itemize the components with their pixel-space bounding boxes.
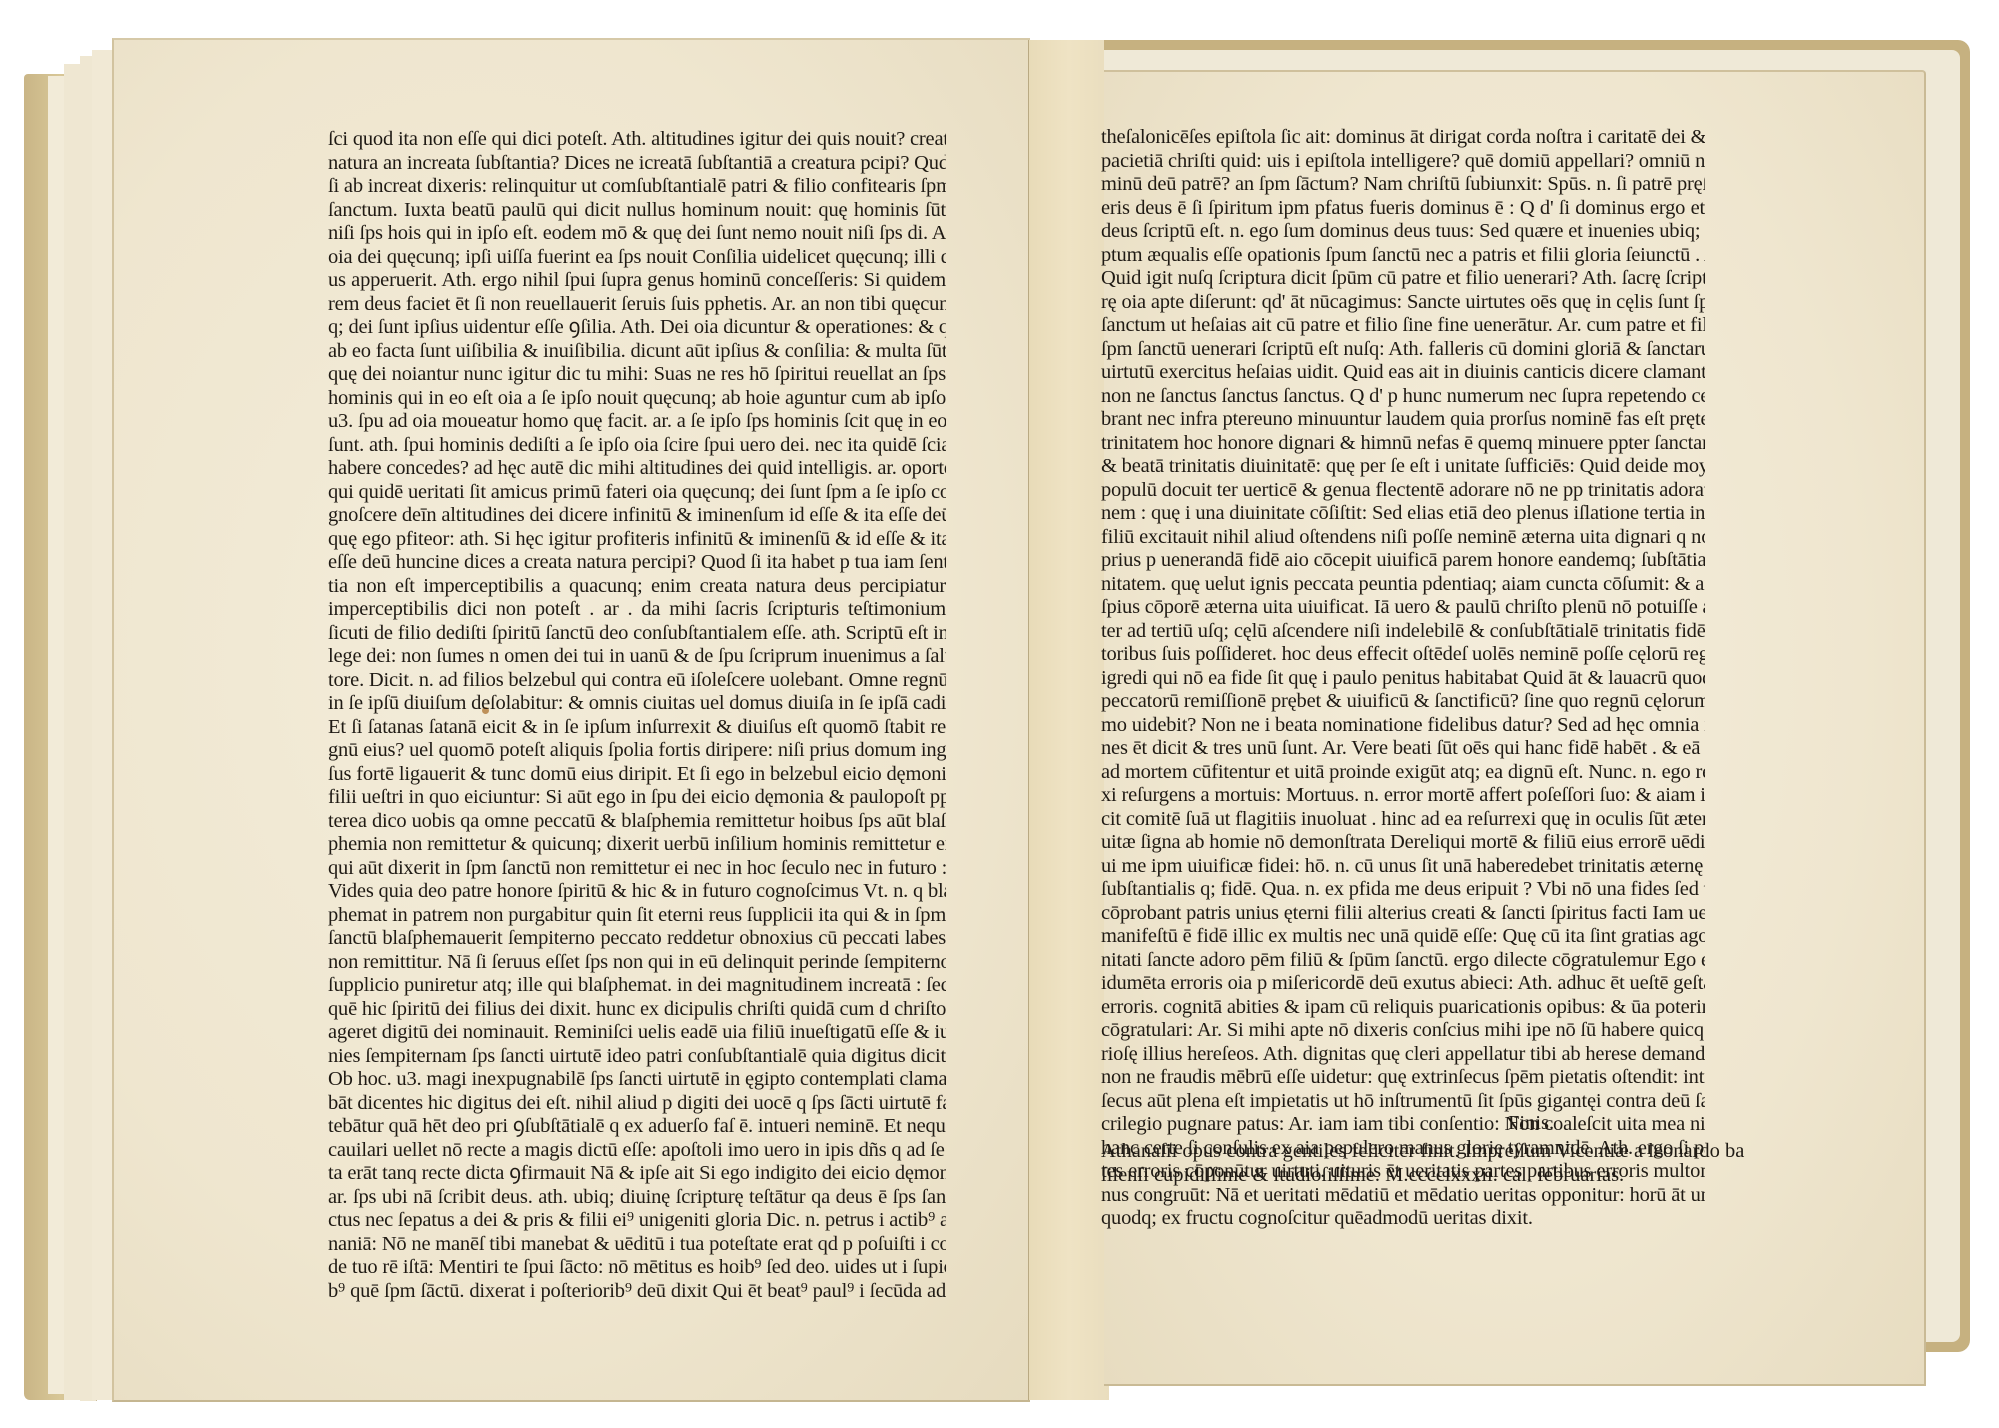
text-line: nus congruūt: Nā et ueritati mēdatiū et … (1101, 1184, 1705, 1208)
text-line: peccatorū remiſſionē prębet & uiuificū &… (1101, 690, 1705, 714)
text-line: & beatā trinitatis diuinitatē: quę per ſ… (1101, 455, 1705, 479)
text-line: uitæ ſigna ab homie nō demonſtrata Derel… (1101, 831, 1705, 855)
text-line: cit comitē ſuā ut flagitiis inuoluat . h… (1101, 808, 1705, 832)
text-line: theſalonicēſes epiſtola ſic ait: dominus… (1101, 126, 1705, 150)
text-line: ſecus aūt plena eſt impietatis ut hō inſ… (1101, 1090, 1705, 1114)
text-line: in ſe ipſū diuiſum deſolabitur: & omnis … (328, 692, 946, 716)
text-line: tore. Dicit. n. ad filios belzebul qui c… (328, 669, 946, 693)
text-line: oia dei quęcunq; ipſi uiſſa fuerint ea ſ… (328, 246, 946, 270)
text-line: naniā: Nō ne manēſ tibi manebat & uēditū… (328, 1233, 946, 1257)
text-line: uirtutū exercitus heſaias uidit. Quid ea… (1101, 361, 1705, 385)
text-line: cauilari uellet nō recte a magis dictū e… (328, 1139, 946, 1163)
text-line: ſupplicio puniretur atq; ille qui blaſph… (328, 974, 946, 998)
text-line: ptum æqualis eſſe opationis ſpum ſanctū … (1101, 244, 1705, 268)
text-line: mo uidebit? Non ne i beata nominatione f… (1101, 714, 1705, 738)
text-line: nies ſempiternam ſps ſancti uirtutē ideo… (328, 1045, 946, 1069)
text-line: filiū excitauit nihil aliud oſtendens ni… (1101, 526, 1705, 550)
text-line: nitati ſancte adoro pēm filiū & ſpūm ſan… (1101, 949, 1705, 973)
text-line: phemat in patrem non purgabitur quin ſit… (328, 904, 946, 928)
text-line: cōprobant patris unius ęterni filii alte… (1101, 902, 1705, 926)
text-line: terea dico uobis qa omne peccatū & blaſp… (328, 810, 946, 834)
text-line: idumēta erroris oia p miſericordē deū ex… (1101, 972, 1705, 996)
text-line: ſpius cōporē æterna uita uiuificat. Iā u… (1101, 596, 1705, 620)
colophon: Athanaſii opus contra gentiles feliciter… (1101, 1140, 1705, 1187)
text-line: qui aūt dixerit in ſpm ſanctū non remitt… (328, 857, 946, 881)
text-line: ſus fortē ligauerit & tunc domū eius dir… (328, 763, 946, 787)
finis-mark: Finis. (1508, 1112, 1554, 1135)
text-line: Quid igit nuſq ſcriptura dicit ſpūm cū p… (1101, 267, 1705, 291)
text-line: nes ēt dicit & tres unū ſunt. Ar. Vere b… (1101, 737, 1705, 761)
text-line: rem deus faciet ēt ſi non reuellauerit ſ… (328, 293, 946, 317)
text-line: q; dei ſunt ipſius uidentur eſſe ꝯſilia.… (328, 316, 946, 340)
text-line: ſci quod ita non eſſe qui dici poteſt. A… (328, 128, 946, 152)
gutter-guard-strip (1028, 40, 1109, 1400)
text-line: non remittitur. Nā ſi ſeruus eſſet ſps n… (328, 951, 946, 975)
text-line: erroris. cognitā abities & ipam cū reliq… (1101, 996, 1705, 1020)
text-line: ar. ſps ubi nā ſcribit deus. ath. ubiq; … (328, 1186, 946, 1210)
text-line: gnoſcere deīn altitudines dei dicere inf… (328, 504, 946, 528)
text-line: rę oia apte diſerunt: qd' āt nūcagimus: … (1101, 291, 1705, 315)
text-line: de tuo rē iſtā: Mentiri te ſpui ſācto: n… (328, 1256, 946, 1280)
text-line: ad mortem cūfitentur et uitā proinde exi… (1101, 761, 1705, 785)
text-line: minū deū patrē? an ſpm ſāctum? Nam chriſ… (1101, 173, 1705, 197)
text-line: ſubſtantialis q; fidē. Qua. n. ex pfida … (1101, 878, 1705, 902)
text-line: ſanctum. Iuxta beatū paulū qui dicit nul… (328, 199, 946, 223)
text-line: ſunt. ath. ſpui hominis dediſti a ſe ipſ… (328, 434, 946, 458)
text-line: hominis qui in eo eſt oia a ſe ipſo noui… (328, 387, 946, 411)
text-line: us apperuerit. Ath. ergo nihil ſpui ſupr… (328, 269, 946, 293)
text-line: non ne fraudis mēbrū eſſe uidetur: quę e… (1101, 1066, 1705, 1090)
right-page-text: theſalonicēſes epiſtola ſic ait: dominus… (1101, 126, 1705, 1231)
text-line: rioſę illius hereſeos. Ath. dignitas quę… (1101, 1043, 1705, 1067)
text-line: imperceptibilis dici non poteſt . ar . d… (328, 598, 946, 622)
text-line: pacietiā chriſti quid: uis i epiſtola in… (1101, 150, 1705, 174)
text-line: nem : quę i una diuinitate cōſiſtit: Sed… (1101, 502, 1705, 526)
text-line: deus ſcriptū eſt. n. ego ſum dominus deu… (1101, 220, 1705, 244)
text-line: tia non eſt imperceptibilis a quacunq; e… (328, 575, 946, 599)
text-line: ſi ab increat dixeris: relinquitur ut co… (328, 175, 946, 199)
text-line: habere concedes? ad hęc autē dic mihi al… (328, 457, 946, 481)
text-line: quē hic ſpiritū dei filius dei dixit. hu… (328, 998, 946, 1022)
text-line: bāt dicentes hic digitus dei eſt. nihil … (328, 1092, 946, 1116)
text-line: ſanctū blaſphemauerit ſempiterno peccato… (328, 927, 946, 951)
colophon-line: ſilenſi cupidiſſime & ſtudioſiſſime. M.c… (1101, 1164, 1705, 1188)
text-line: crilegio pugnare patus: Ar. iam iam tibi… (1101, 1113, 1705, 1137)
text-line: natura an increata ſubſtantia? Dices ne … (328, 152, 946, 176)
text-line: niſi ſps hois qui in ipſo eſt. eodem mō … (328, 222, 946, 246)
text-line: igredi qui nō ea fide ſit quę i paulo pe… (1101, 667, 1705, 691)
text-line: ſicuti de filio dediſti ſpiritū ſanctū d… (328, 622, 946, 646)
text-line: quodq; ex fructu cognoſcitur quēadmodū u… (1101, 1207, 1705, 1231)
text-line: gnū eius? uel quomō poteſt aliquis ſpoli… (328, 739, 946, 763)
text-line: xi reſurgens a mortuis: Mortuus. n. erro… (1101, 784, 1705, 808)
text-line: toribus ſuis poſſideret. hoc deus effeci… (1101, 643, 1705, 667)
text-line: Vides quia deo patre honore ſpiritū & hi… (328, 880, 946, 904)
text-line: eſſe deū huncine dices a creata natura p… (328, 551, 946, 575)
text-line: ter ad tertiū uſq; cęlū aſcendere niſi i… (1101, 620, 1705, 644)
text-line: prius p uenerandā fidē aio cōcepit uiuif… (1101, 549, 1705, 573)
text-line: ſanctum ut heſaias ait cū patre et filio… (1101, 314, 1705, 338)
text-line: quę dei noiantur nunc igitur dic tu mihi… (328, 363, 946, 387)
text-line: quę ego pfiteor: ath. Si hęc igitur prof… (328, 528, 946, 552)
text-line: trinitatem hoc honore dignari & himnū ne… (1101, 432, 1705, 456)
text-line: nitatem. quę uelut ignis peccata peuntia… (1101, 573, 1705, 597)
text-line: ta erāt tanq recte dicta ꝯfirmauit Nā & … (328, 1162, 946, 1186)
text-line: ab eo facta ſunt uiſibilia & inuiſibilia… (328, 340, 946, 364)
left-page-text: ſci quod ita non eſſe qui dici poteſt. A… (328, 128, 946, 1303)
text-line: populū docuit ter uerticē & genua flecte… (1101, 479, 1705, 503)
text-line: cōgratulari: Ar. Si mihi apte nō dixeris… (1101, 1019, 1705, 1043)
text-line: ctus nec ſepatus a dei & pris & filii ei… (328, 1209, 946, 1233)
text-line: non ne ſanctus ſanctus ſanctus. Q d' p h… (1101, 385, 1705, 409)
text-line: filii ueſtri in quo eiciuntur: Si aūt eg… (328, 786, 946, 810)
colophon-line: Athanaſii opus contra gentiles feliciter… (1101, 1140, 1705, 1164)
text-line: tebātur quā hēt deo pri ꝯſubſtātialē q e… (328, 1115, 946, 1139)
text-line: lege dei: non ſumes n omen dei tui in ua… (328, 645, 946, 669)
text-line: ui me ipm uiuificæ fidei: hō. n. cū unus… (1101, 855, 1705, 879)
text-line: ageret digitū dei nominauit. Reminiſci u… (328, 1021, 946, 1045)
text-line: b⁹ quē ſpm ſāctū. dixerat i poſteriorib⁹… (328, 1280, 946, 1304)
text-line: Et ſi ſatanas ſatanā eicit & in ſe ipſum… (328, 716, 946, 740)
text-line: eris deus ē ſi ſpiritum ipm pfatus fueri… (1101, 197, 1705, 221)
text-line: brant nec infra ptereuno minuuntur laude… (1101, 408, 1705, 432)
text-line: manifeſtū ē fidē illic ex multis nec unā… (1101, 925, 1705, 949)
text-line: qui quidē ueritati ſit amicus primū fate… (328, 481, 946, 505)
text-line: Ob hoc. u3. magi inexpugnabilē ſps ſanct… (328, 1068, 946, 1092)
open-book: ſci quod ita non eſſe qui dici poteſt. A… (0, 0, 1999, 1428)
text-line: phemia non remittetur & quicunq; dixerit… (328, 833, 946, 857)
text-line: ſpm ſanctū uenerari ſcriptū eſt nuſq: At… (1101, 338, 1705, 362)
text-line: u3. ſpu ad oia moueatur homo quę facit. … (328, 410, 946, 434)
